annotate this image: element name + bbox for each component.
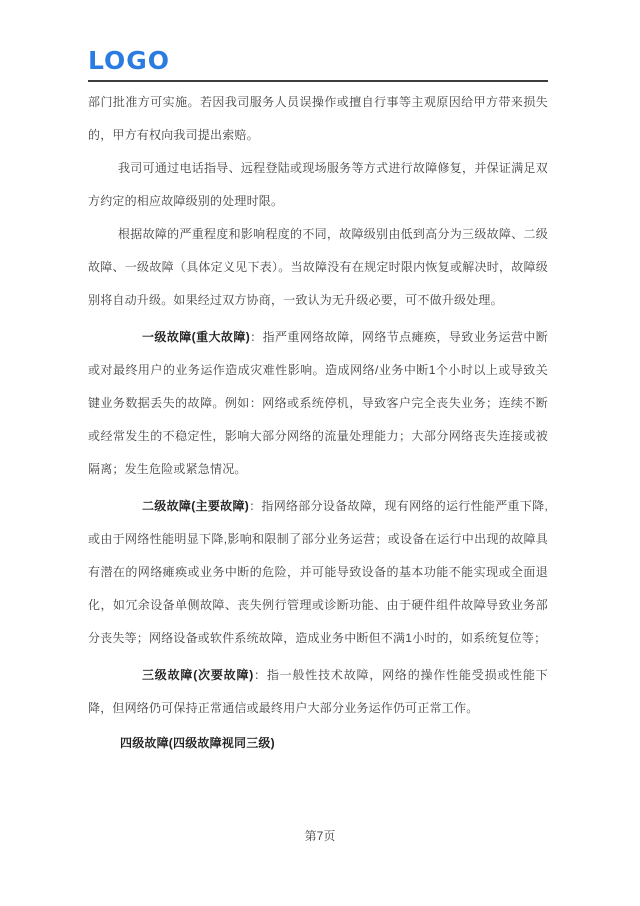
- paragraph-fault-level-3: 三级故障(次要故障)：指一般性技术故障，网络的操作性能受损或性能下降，但网络仍可…: [88, 659, 548, 725]
- document-page: LOGO 部门批准方可实施。若因我司服务人员误操作或擅自行事等主观原因给甲方带来…: [0, 0, 640, 906]
- paragraph-fault-level-4: 四级故障(四级故障视同三级): [88, 727, 548, 760]
- header-rule: [88, 80, 548, 82]
- paragraph-claim: 部门批准方可实施。若因我司服务人员误操作或擅自行事等主观原因给甲方带来损失的，甲…: [88, 86, 548, 152]
- fault-level-1-body: ：指严重网络故障，网络节点瘫痪，导致业务运营中断或对最终用户的业务运作造成灾难性…: [88, 330, 548, 476]
- paragraph-repair-methods: 我司可通过电话指导、远程登陆或现场服务等方式进行故障修复，并保证满足双方约定的相…: [88, 152, 548, 218]
- paragraph-fault-level-2: 二级故障(主要故障)：指网络部分设备故障，现有网络的运行性能严重下降,或由于网络…: [88, 490, 548, 655]
- page-number: 第7页: [305, 829, 336, 843]
- page-footer: 第7页: [0, 828, 640, 844]
- fault-level-1-title: 一级故障(重大故障): [142, 330, 250, 344]
- logo: LOGO: [88, 47, 170, 74]
- fault-level-4-title: 四级故障(四级故障视同三级): [120, 736, 275, 750]
- paragraph-fault-levels-intro: 根据故障的严重程度和影响程度的不同，故障级别由低到高分为三级故障、二级故障、一级…: [88, 218, 548, 317]
- fault-level-3-title: 三级故障(次要故障): [142, 668, 253, 682]
- fault-level-2-title: 二级故障(主要故障): [142, 499, 249, 513]
- document-body: 部门批准方可实施。若因我司服务人员误操作或擅自行事等主观原因给甲方带来损失的，甲…: [88, 86, 548, 760]
- fault-level-2-body: ：指网络部分设备故障，现有网络的运行性能严重下降,或由于网络性能明显下降,影响和…: [88, 499, 548, 645]
- paragraph-fault-level-1: 一级故障(重大故障)：指严重网络故障，网络节点瘫痪，导致业务运营中断或对最终用户…: [88, 321, 548, 486]
- page-header: LOGO: [88, 47, 548, 82]
